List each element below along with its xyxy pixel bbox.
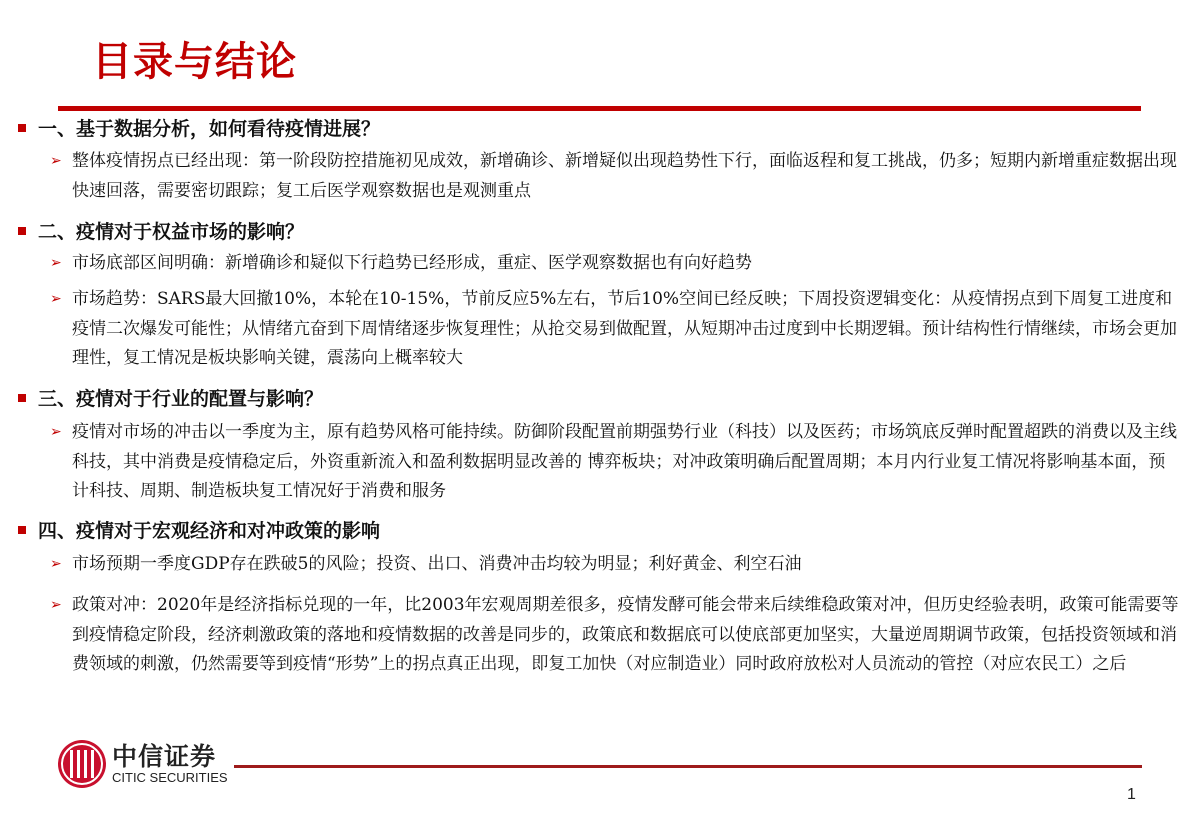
arrow-bullet-icon: ➢ bbox=[50, 591, 62, 621]
list-item: ➢ 市场预期一季度GDP存在跌破5的风险；投资、出口、消费冲击均较为明显；利好黄… bbox=[50, 550, 1180, 580]
arrow-bullet-icon: ➢ bbox=[50, 285, 62, 315]
logo-name-en: CITIC SECURITIES bbox=[112, 771, 228, 785]
section-heading-text: 二、疫情对于权益市场的影响？ bbox=[38, 217, 304, 244]
item-text: 政策对冲：2020年是经济指标兑现的一年，比2003年宏观周期差很多，疫情发酵可… bbox=[72, 595, 1179, 674]
company-logo: 中信证券 CITIC SECURITIES bbox=[58, 740, 228, 788]
page-number: 1 bbox=[1127, 786, 1136, 804]
arrow-bullet-icon: ➢ bbox=[50, 418, 62, 448]
logo-name-cn: 中信证券 bbox=[112, 743, 228, 771]
list-item: ➢ 疫情对市场的冲击以一季度为主，原有趋势风格可能持续。防御阶段配置前期强势行业… bbox=[50, 418, 1180, 507]
square-bullet-icon bbox=[18, 227, 26, 235]
list-item: ➢ 整体疫情拐点已经出现：第一阶段防控措施初见成效，新增确诊、新增疑似出现趋势性… bbox=[50, 147, 1180, 206]
item-text: 市场底部区间明确：新增确诊和疑似下行趋势已经形成，重症、医学观察数据也有向好趋势 bbox=[72, 253, 752, 273]
section-heading-text: 一、基于数据分析，如何看待疫情进展？ bbox=[38, 114, 380, 141]
list-item: ➢ 政策对冲：2020年是经济指标兑现的一年，比2003年宏观周期差很多，疫情发… bbox=[50, 591, 1180, 680]
title-divider bbox=[58, 106, 1141, 111]
section-heading-2: 二、疫情对于权益市场的影响？ bbox=[0, 217, 304, 244]
section-heading-text: 四、疫情对于宏观经济和对冲政策的影响 bbox=[38, 516, 380, 543]
list-item: ➢ 市场趋势：SARS最大回撤10%，本轮在10-15%，节前反应5%左右，节后… bbox=[50, 285, 1180, 374]
item-text: 市场预期一季度GDP存在跌破5的风险；投资、出口、消费冲击均较为明显；利好黄金、… bbox=[72, 554, 801, 574]
item-text: 疫情对市场的冲击以一季度为主，原有趋势风格可能持续。防御阶段配置前期强势行业（科… bbox=[72, 422, 1177, 501]
square-bullet-icon bbox=[18, 124, 26, 132]
section-heading-text: 三、疫情对于行业的配置与影响？ bbox=[38, 384, 323, 411]
footer-divider bbox=[234, 765, 1142, 768]
section-heading-1: 一、基于数据分析，如何看待疫情进展？ bbox=[0, 114, 380, 141]
arrow-bullet-icon: ➢ bbox=[50, 550, 62, 580]
list-item: ➢ 市场底部区间明确：新增确诊和疑似下行趋势已经形成，重症、医学观察数据也有向好… bbox=[50, 249, 1180, 279]
item-text: 整体疫情拐点已经出现：第一阶段防控措施初见成效，新增确诊、新增疑似出现趋势性下行… bbox=[72, 151, 1177, 201]
section-heading-3: 三、疫情对于行业的配置与影响？ bbox=[0, 384, 323, 411]
arrow-bullet-icon: ➢ bbox=[50, 147, 62, 177]
item-text: 市场趋势：SARS最大回撤10%，本轮在10-15%，节前反应5%左右，节后10… bbox=[72, 289, 1177, 368]
square-bullet-icon bbox=[18, 394, 26, 402]
square-bullet-icon bbox=[18, 526, 26, 534]
slide-title: 目录与结论 bbox=[92, 30, 297, 87]
section-heading-4: 四、疫情对于宏观经济和对冲政策的影响 bbox=[0, 516, 380, 543]
citic-logo-icon bbox=[58, 740, 106, 788]
arrow-bullet-icon: ➢ bbox=[50, 249, 62, 279]
